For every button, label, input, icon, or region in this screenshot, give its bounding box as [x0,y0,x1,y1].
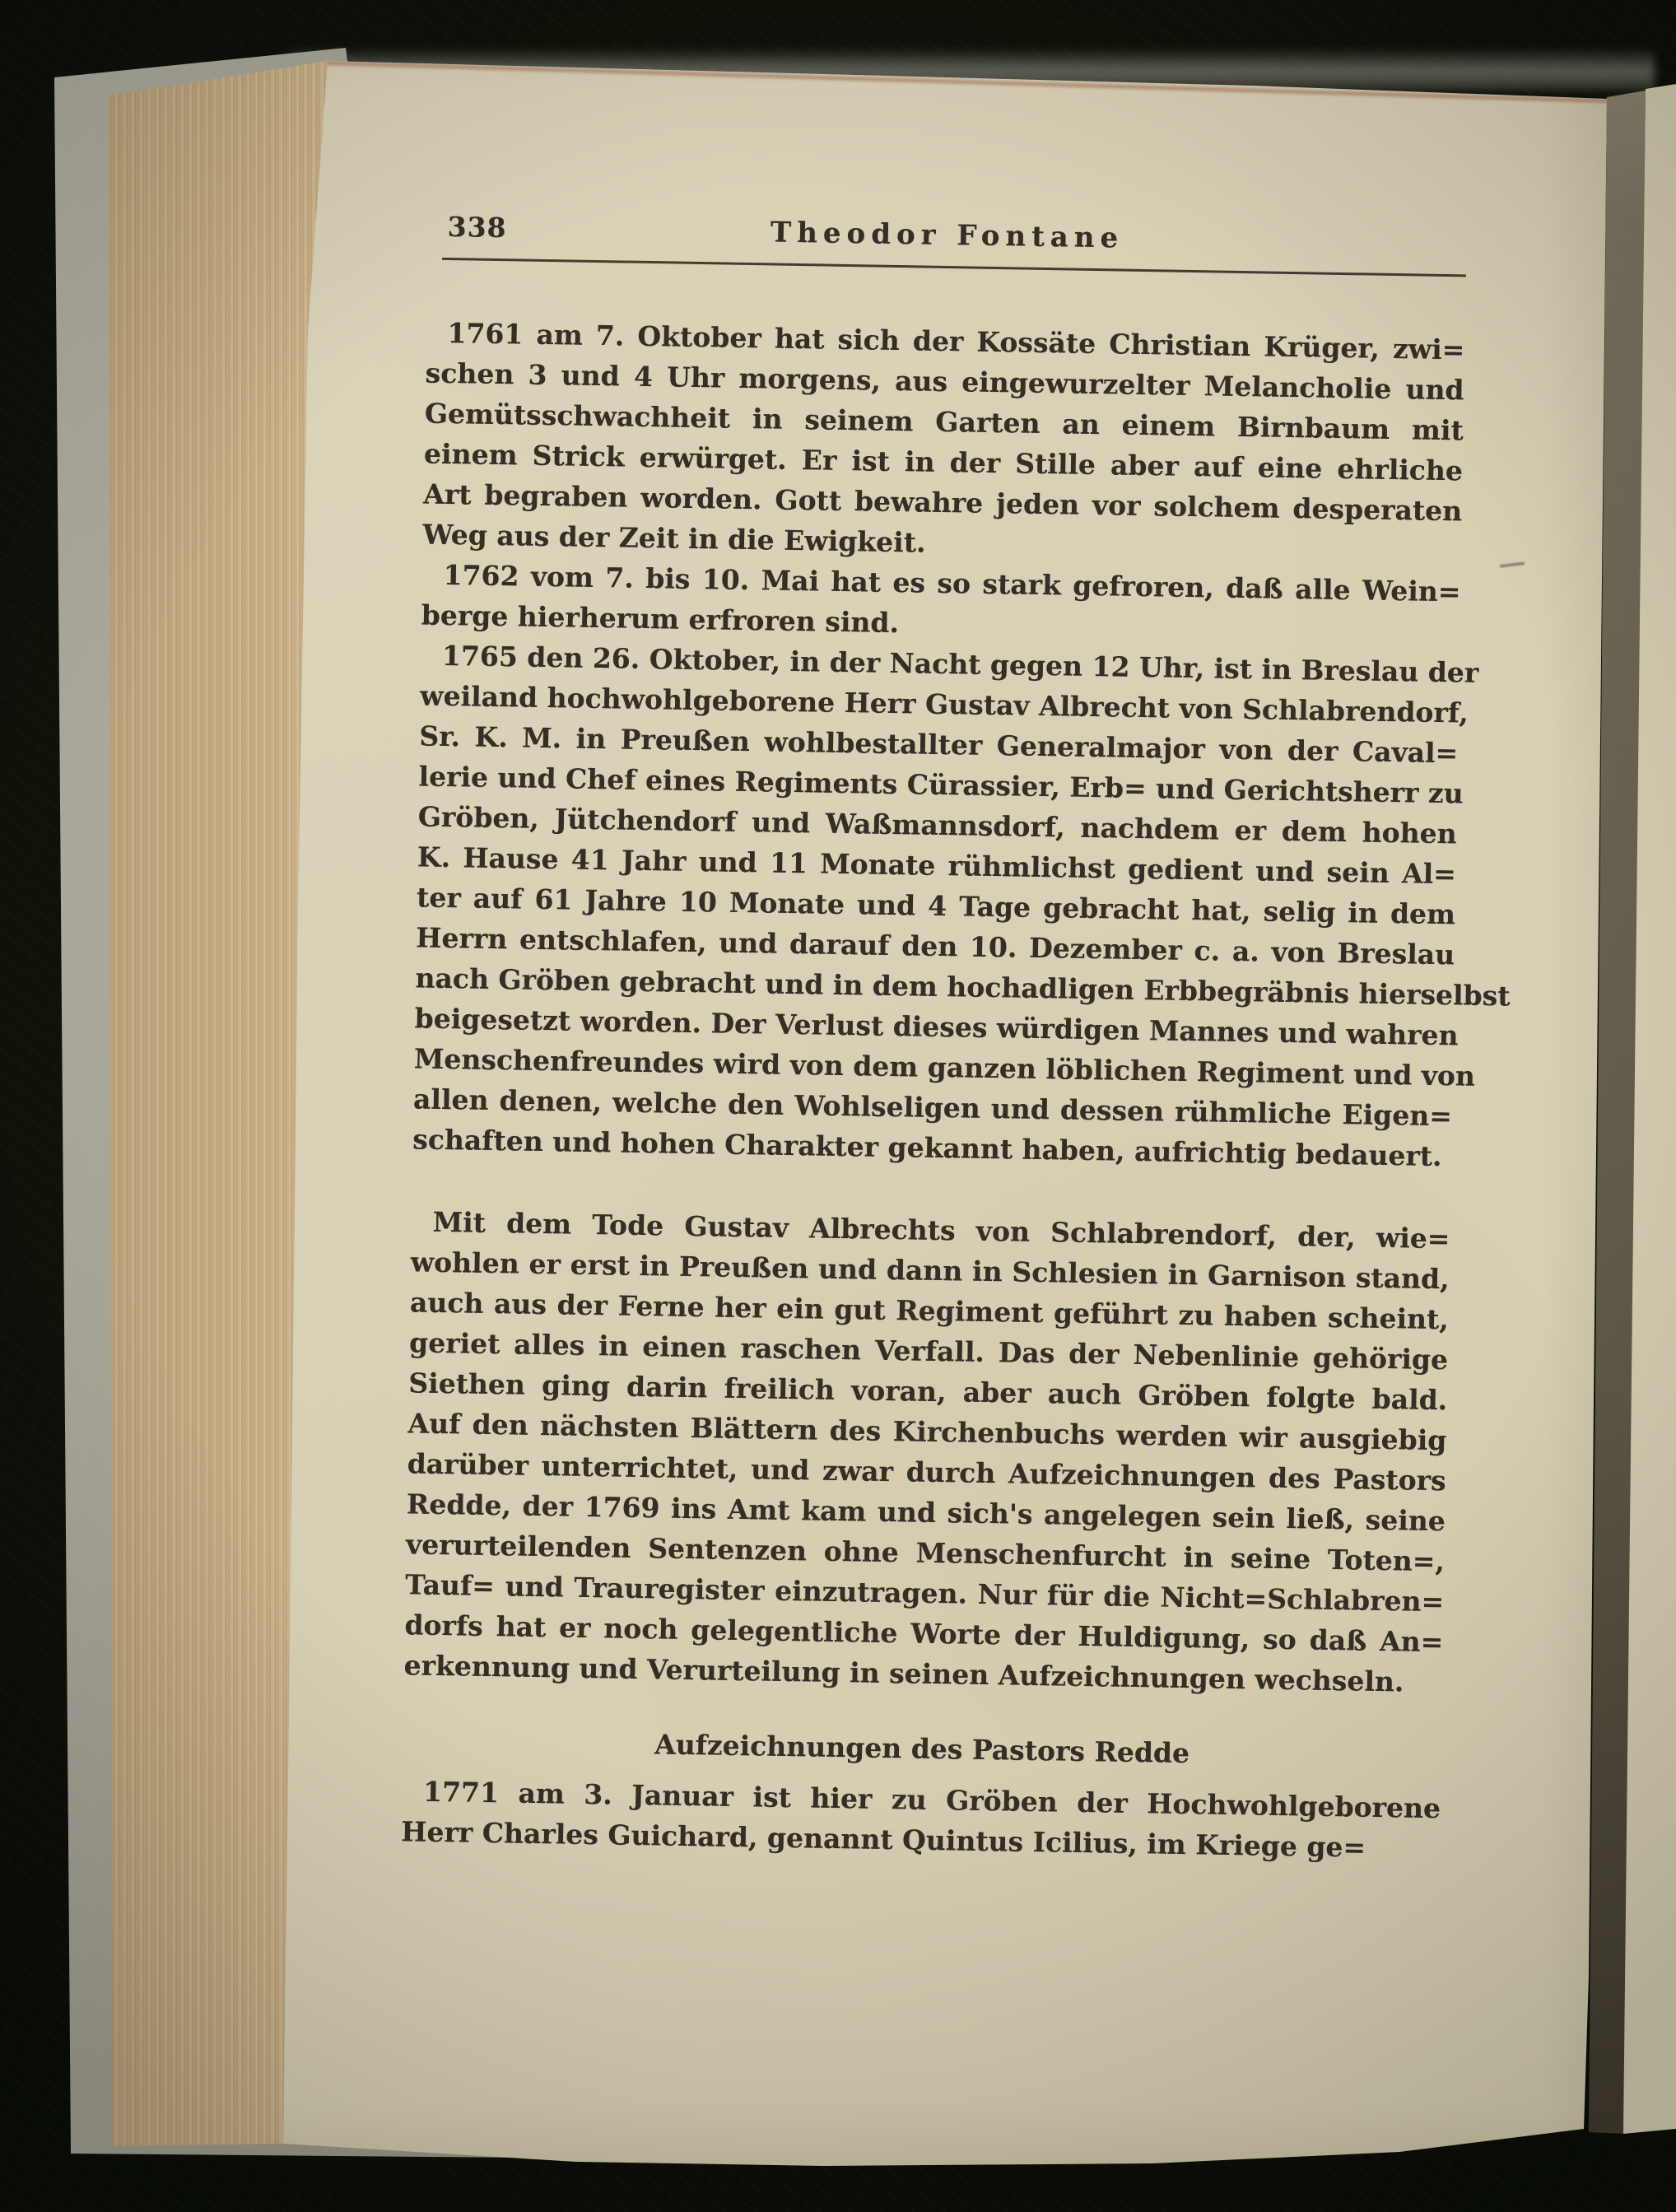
paragraph: 1765 den 26. Oktober, in der Nacht gegen… [412,635,1460,1176]
section-heading: Aufzeichnungen des Pastors Redde [403,1720,1442,1777]
paragraph: 1761 am 7. Oktober hat sich der Kossäte … [422,313,1465,572]
running-title: Theodor Fontane [427,211,1466,261]
paragraph: Mit dem Tode Gustav Albrechts von Schlab… [403,1201,1450,1702]
paragraph: 1771 am 3. Januar ist hier zu Gröben der… [401,1771,1441,1869]
photo-of-open-book: 338 Theodor Fontane 1761 am 7. Oktober h… [0,0,1676,2212]
body-text: 1761 am 7. Oktober hat sich der Kossäte … [401,260,1466,1870]
stray-pencil-mark [1500,561,1525,568]
page-text: 338 Theodor Fontane 1761 am 7. Oktober h… [401,207,1467,1870]
